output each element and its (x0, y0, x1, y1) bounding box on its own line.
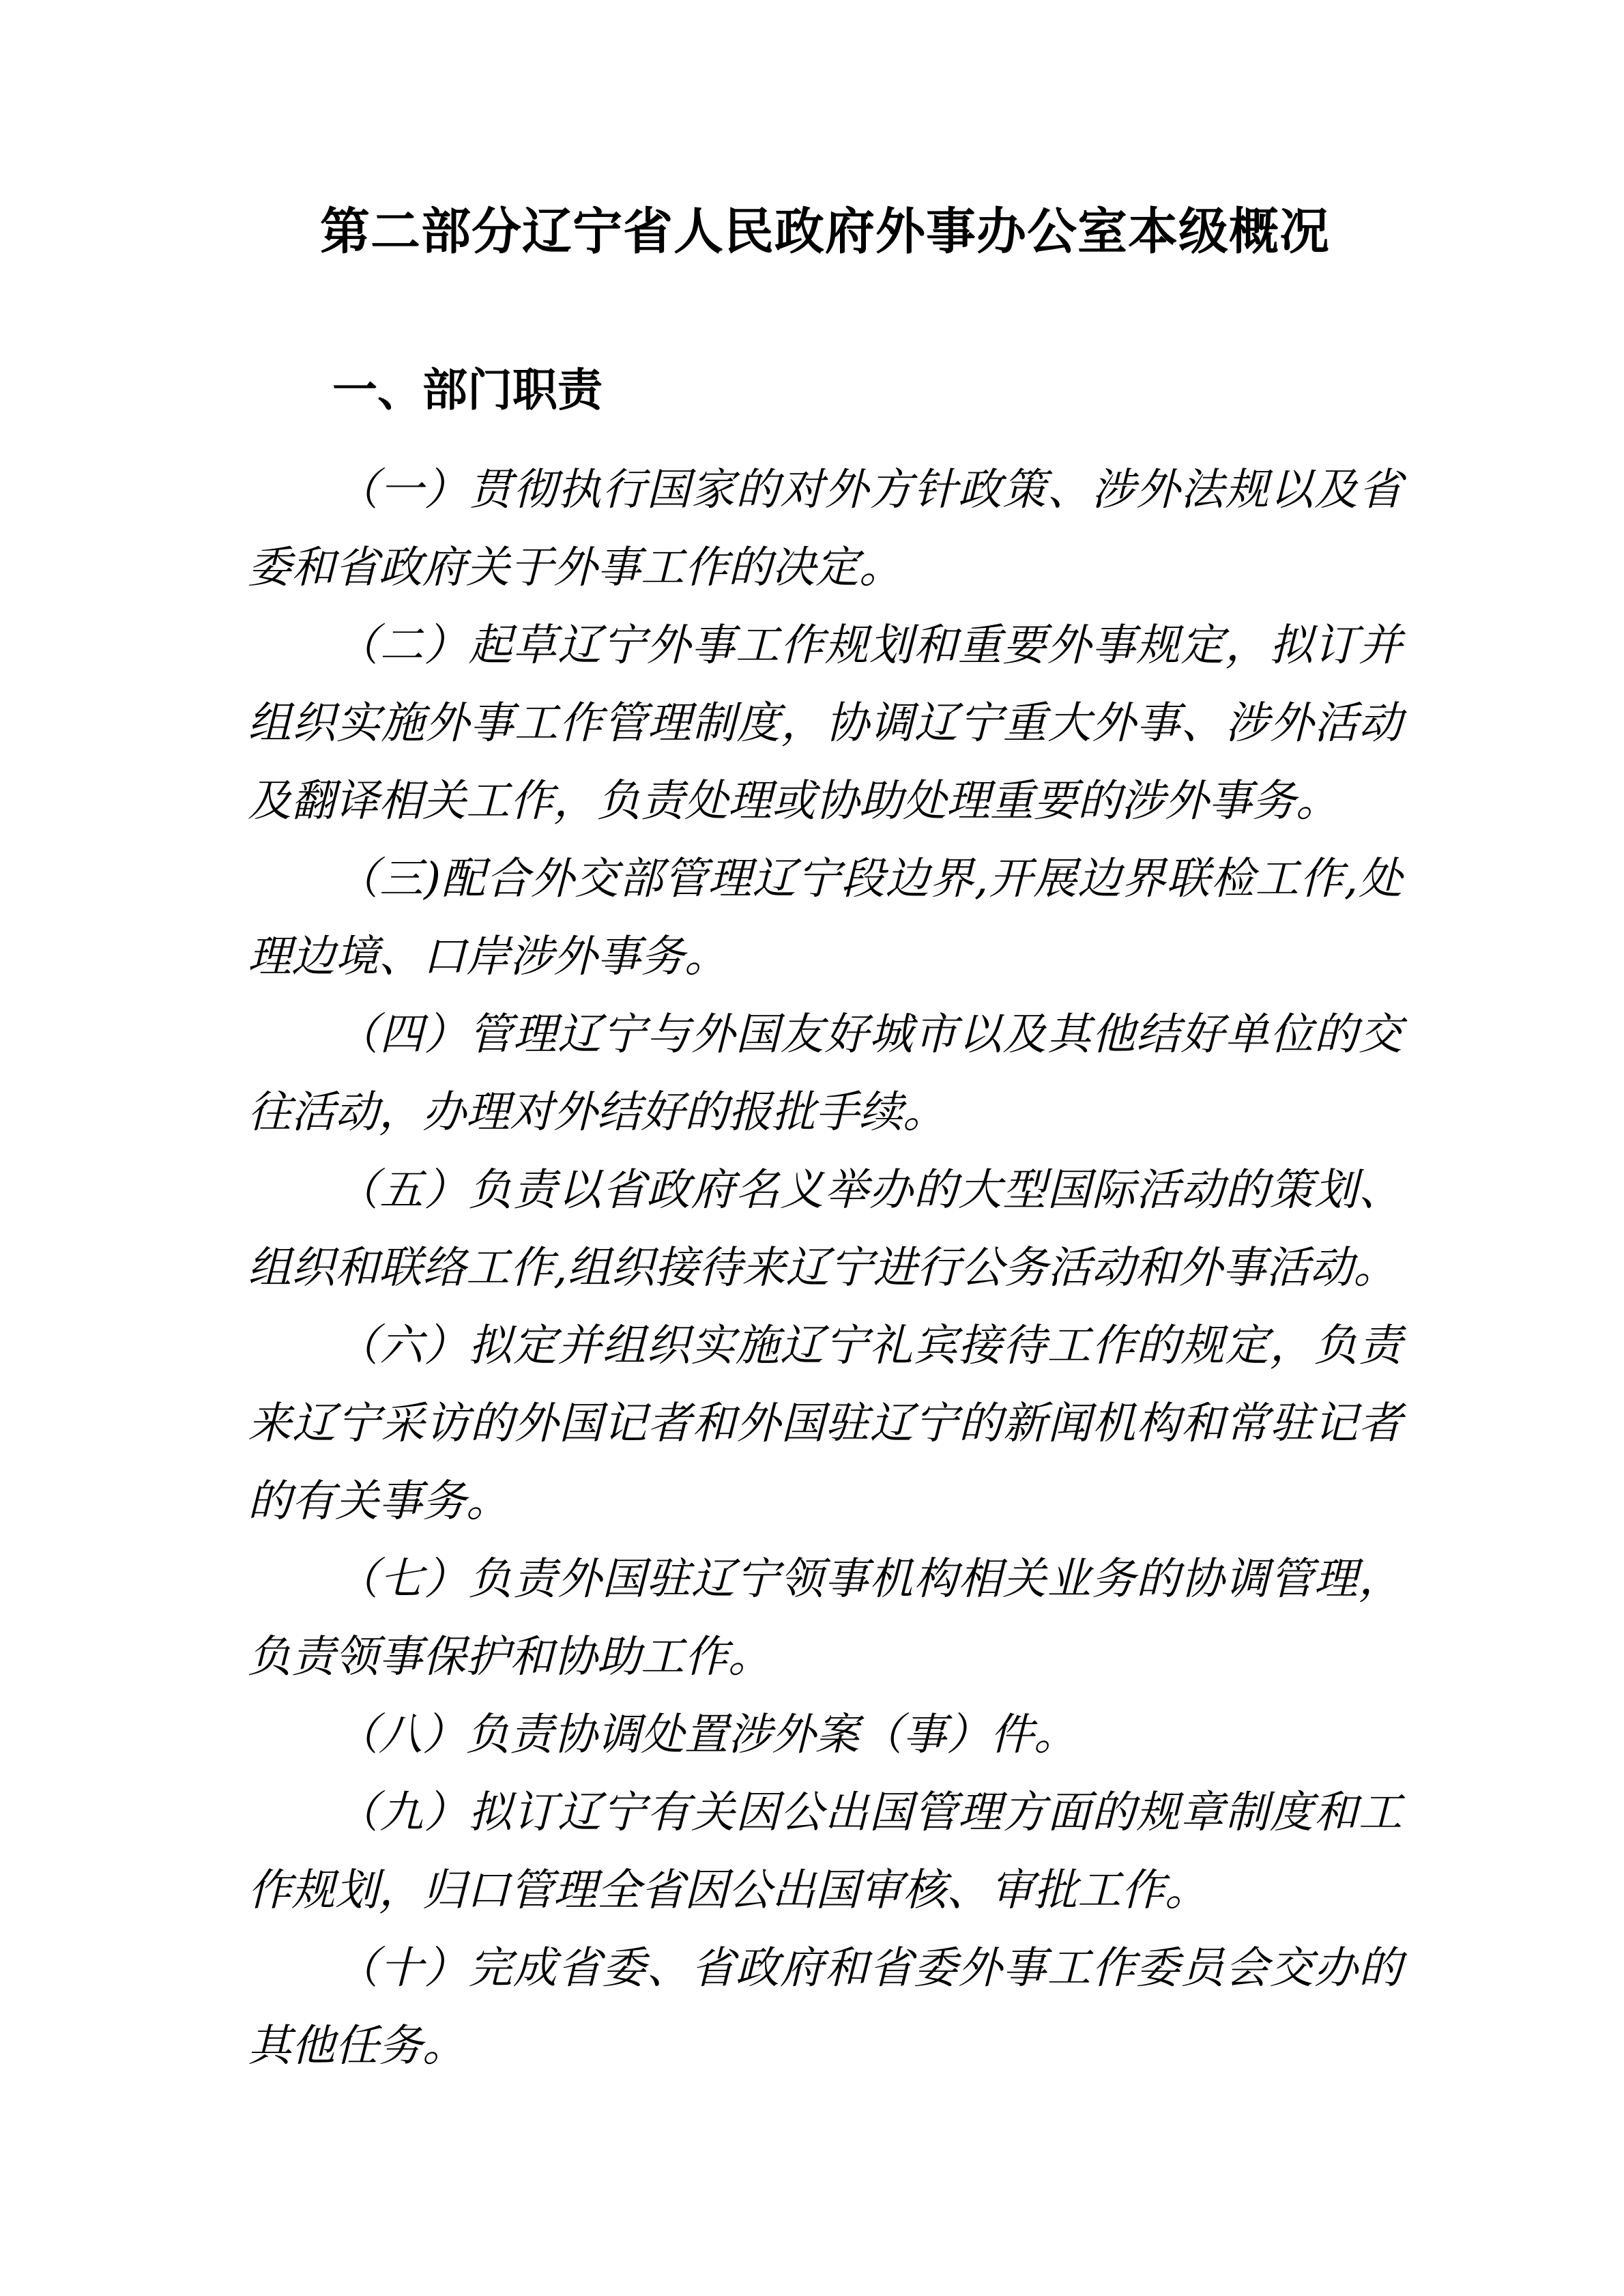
duty-paragraph-9: （九）拟订辽宁有关因公出国管理方面的规章制度和工作规划，归口管理全省因公出国审核… (248, 1774, 1402, 1929)
duty-paragraph-10: （十）完成省委、省政府和省委外事工作委员会交办的其他任务。 (248, 1929, 1402, 2085)
duty-paragraph-5: （五）负责以省政府名义举办的大型国际活动的策划、组织和联络工作,组织接待来辽宁进… (248, 1151, 1402, 1307)
document-title: 第二部分辽宁省人民政府外事办公室本级概况 (248, 203, 1402, 261)
duty-paragraph-2: （二）起草辽宁外事工作规划和重要外事规定，拟订并组织实施外事工作管理制度，协调辽… (248, 607, 1402, 840)
document-page: 第二部分辽宁省人民政府外事办公室本级概况 一、部门职责 （一）贯彻执行国家的对外… (0, 0, 1624, 2296)
duty-paragraph-8: （八）负责协调处置涉外案（事）件。 (248, 1696, 1402, 1774)
duty-paragraph-6: （六）拟定并组织实施辽宁礼宾接待工作的规定，负责来辽宁采访的外国记者和外国驻辽宁… (248, 1307, 1402, 1540)
section-heading: 一、部门职责 (248, 366, 1402, 416)
duty-paragraph-1: （一）贯彻执行国家的对外方针政策、涉外法规以及省委和省政府关于外事工作的决定。 (248, 451, 1402, 607)
duty-paragraph-4: （四）管理辽宁与外国友好城市以及其他结好单位的交往活动，办理对外结好的报批手续。 (248, 996, 1402, 1151)
duty-paragraph-3: （三)配合外交部管理辽宁段边界,开展边界联检工作,处理边境、口岸涉外事务。 (248, 840, 1402, 996)
section-body: （一）贯彻执行国家的对外方针政策、涉外法规以及省委和省政府关于外事工作的决定。 … (248, 451, 1402, 2085)
duty-paragraph-7: （七）负责外国驻辽宁领事机构相关业务的协调管理，负责领事保护和协助工作。 (248, 1540, 1402, 1696)
